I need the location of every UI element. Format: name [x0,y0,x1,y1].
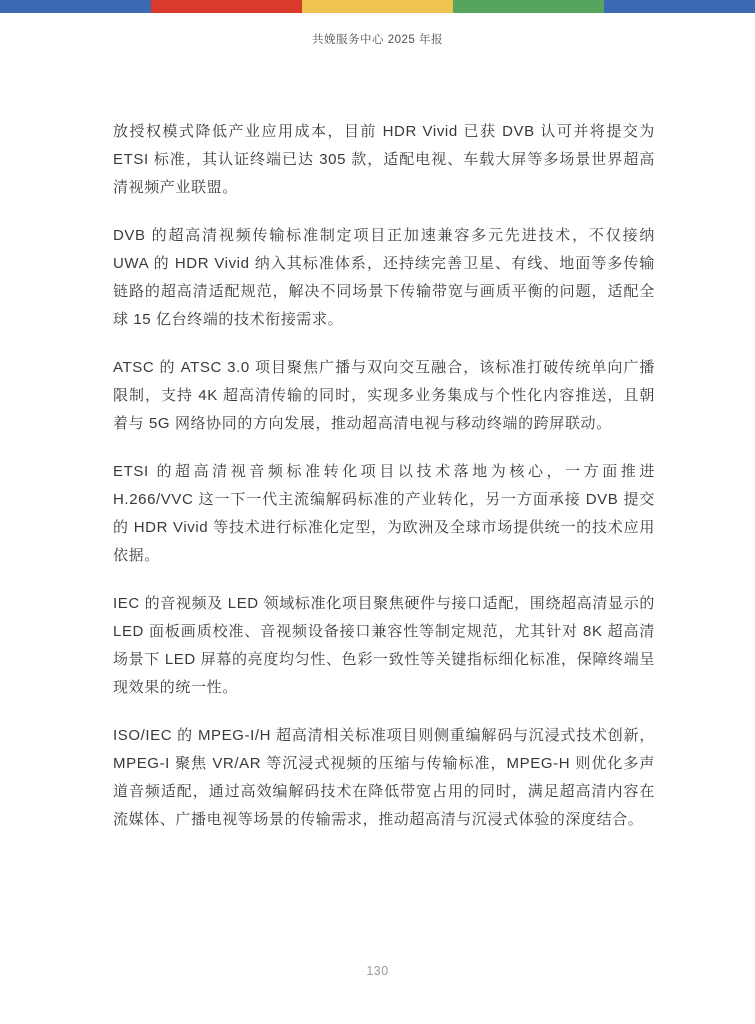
body-text: 放授权模式降低产业应用成本，目前 HDR Vivid 已获 DVB 认可并将提交… [113,118,655,854]
color-bar-segment-red [151,0,302,13]
paragraph-atsc: ATSC 的 ATSC 3.0 项目聚焦广播与双向交互融合，该标准打破传统单向广… [113,354,655,438]
color-bar-segment-yellow [302,0,453,13]
page-header: 共娩服务中心 2025 年报 [0,30,755,48]
paragraph-etsi: ETSI 的超高清视音频标准转化项目以技术落地为核心，一方面推进 H.266/V… [113,458,655,570]
color-bar-segment-green [453,0,604,13]
paragraph-dvb: DVB 的超高清视频传输标准制定项目正加速兼容多元先进技术，不仅接纳 UWA 的… [113,222,655,334]
page-number: 130 [366,964,388,978]
document-page: 共娩服务中心 2025 年报 放授权模式降低产业应用成本，目前 HDR Vivi… [0,0,755,1024]
page-footer: 130 [0,962,755,980]
color-bar-segment-blue-right [604,0,755,13]
brand-color-bar [0,0,755,13]
paragraph-iso-iec: ISO/IEC 的 MPEG-I/H 超高清相关标准项目则侧重编解码与沉浸式技术… [113,722,655,834]
paragraph-hdr-vivid-etsi: 放授权模式降低产业应用成本，目前 HDR Vivid 已获 DVB 认可并将提交… [113,118,655,202]
paragraph-iec: IEC 的音视频及 LED 领域标准化项目聚焦硬件与接口适配，围绕超高清显示的 … [113,590,655,702]
color-bar-segment-blue-left [0,0,151,13]
header-title: 共娩服务中心 2025 年报 [312,34,443,46]
